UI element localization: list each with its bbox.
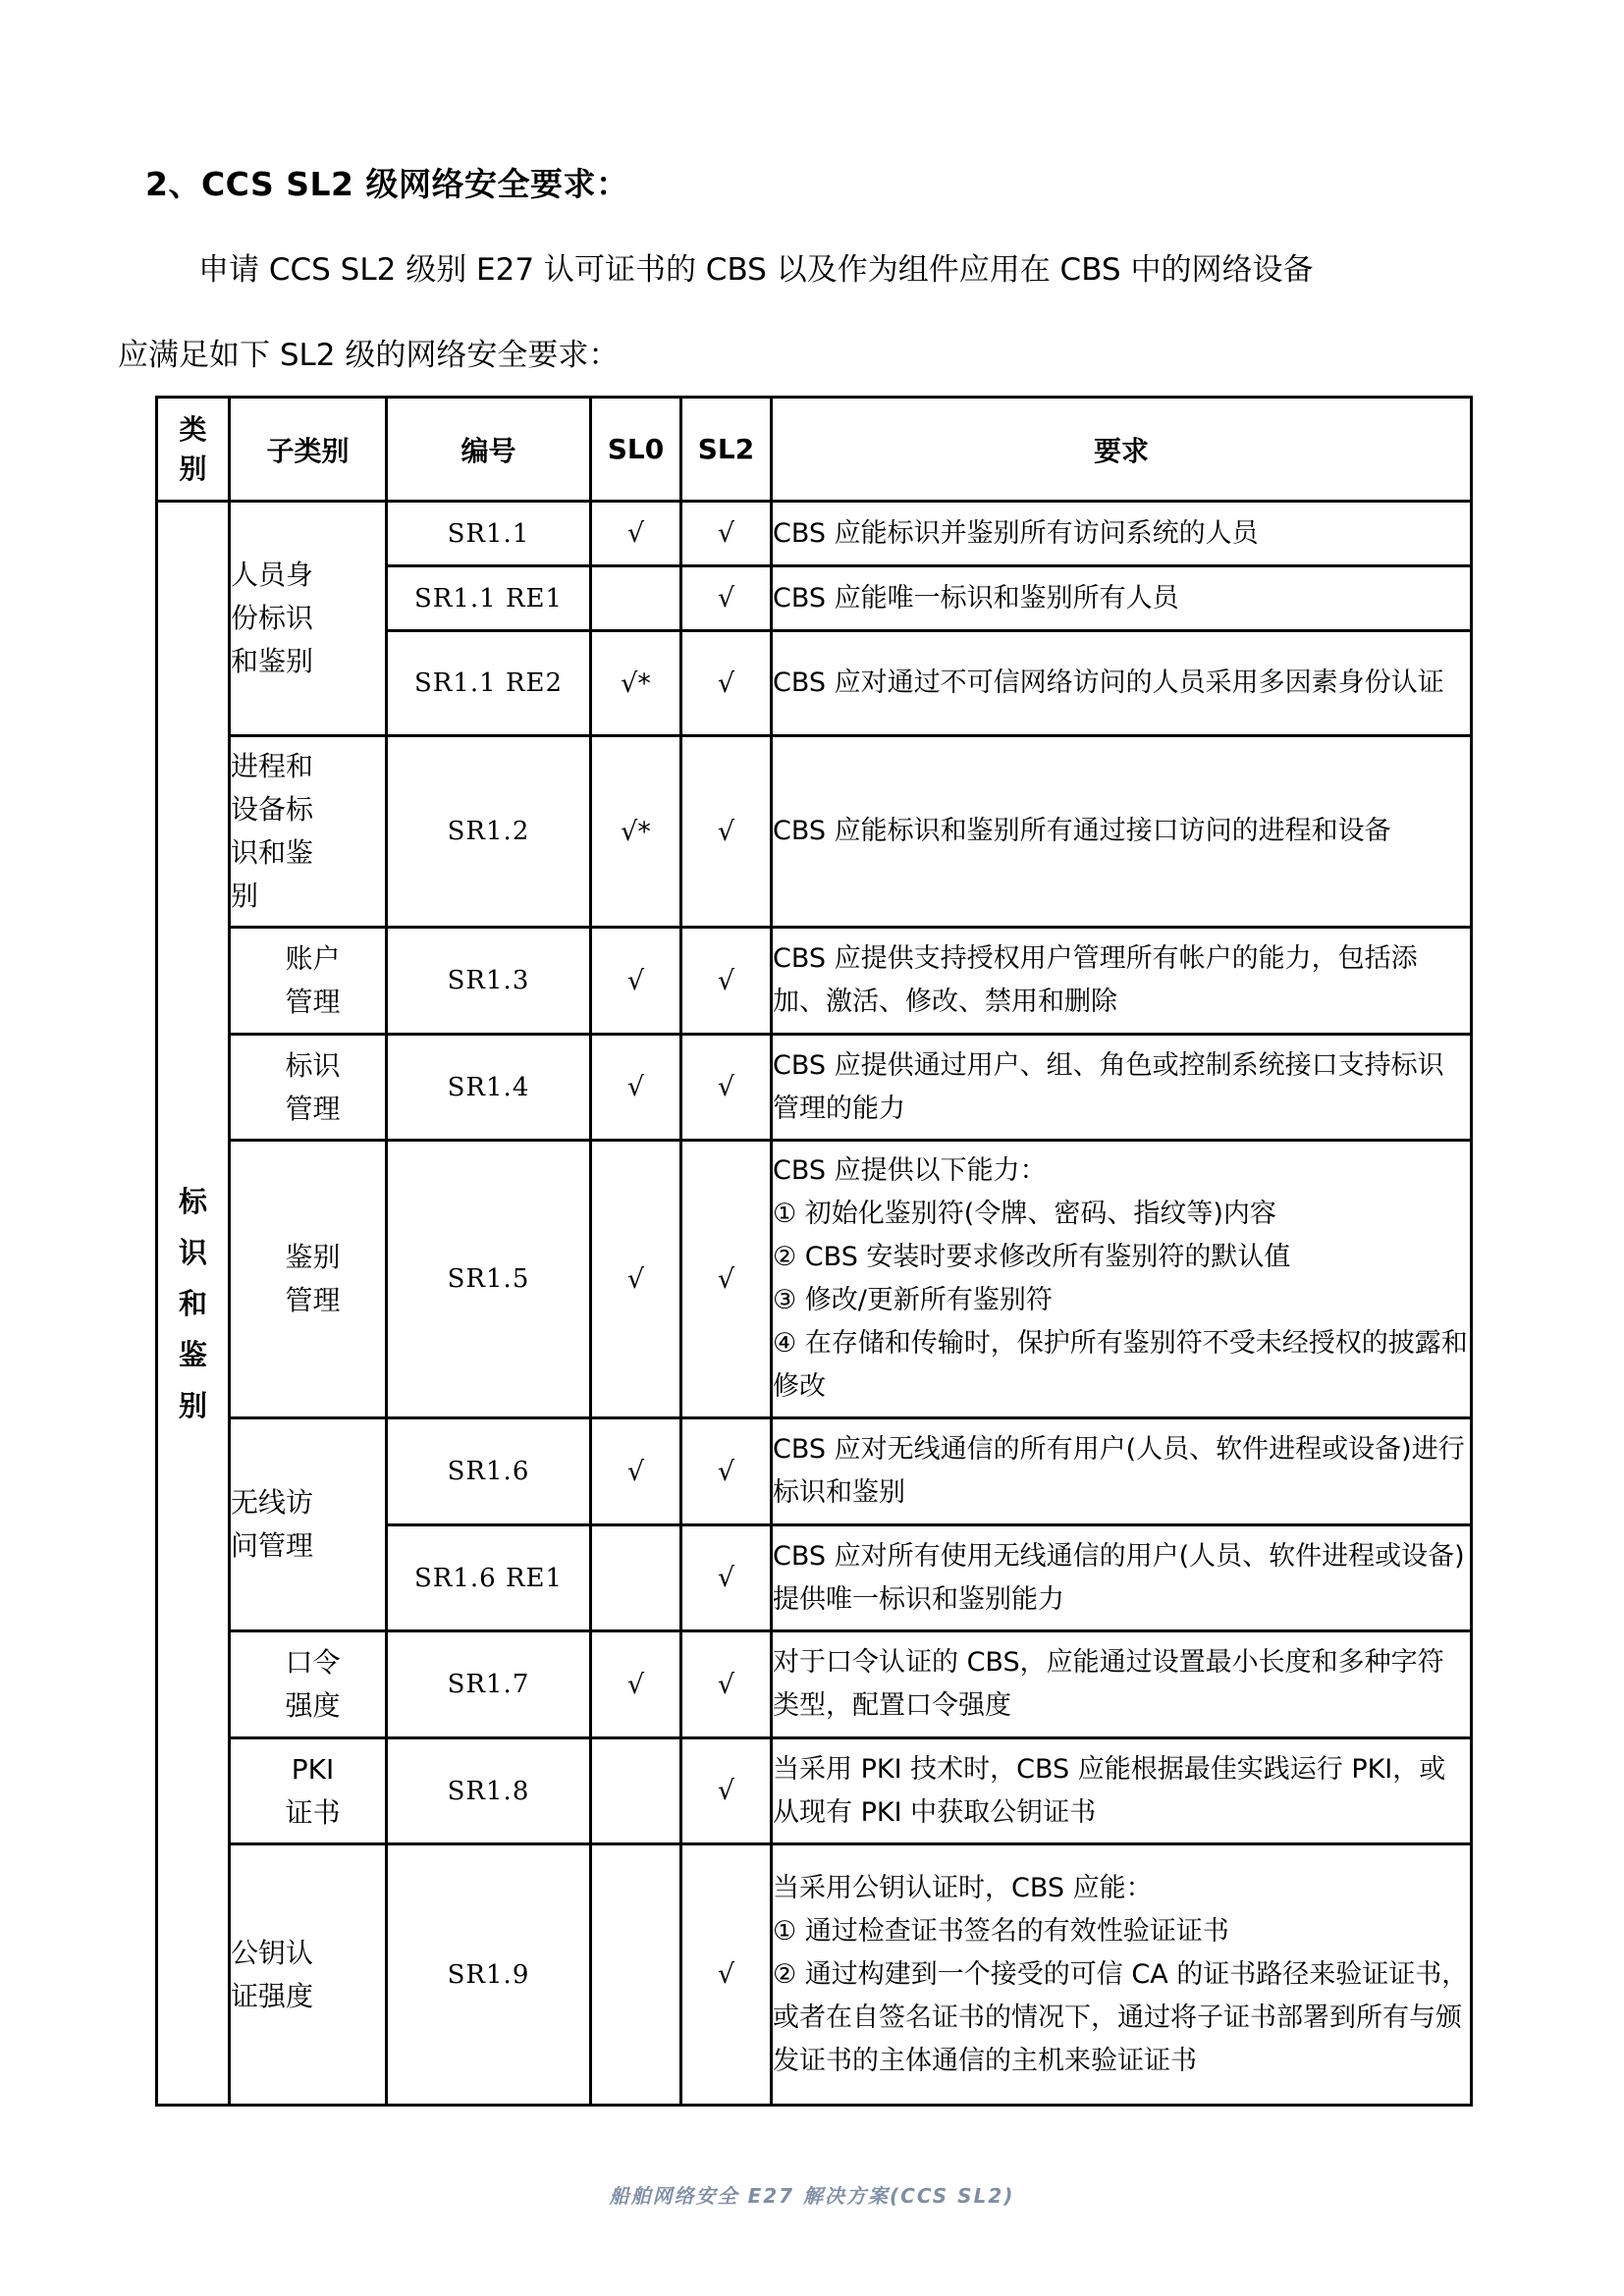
header-sl2: SL2 — [681, 398, 772, 502]
requirement-cell: CBS 应能标识和鉴别所有通过接口访问的进程和设备 — [772, 736, 1472, 928]
requirement-cell: 当采用公钥认证时，CBS 应能： ① 通过检查证书签名的有效性验证证书 ② 通过… — [772, 1844, 1472, 2106]
header-category: 类别 — [157, 398, 230, 502]
header-subcategory: 子类别 — [230, 398, 387, 502]
table-row: PKI证书 SR1.8 √ 当采用 PKI 技术时，CBS 应能根据最佳实践运行… — [157, 1738, 1472, 1844]
subcategory-cell: 标识管理 — [230, 1035, 387, 1141]
subcategory-label: 人员身份标识和鉴别 — [231, 559, 313, 677]
intro-paragraph-line-2: 应满足如下 SL2 级的网络安全要求： — [118, 336, 619, 375]
table-row: 账户管理 SR1.3 √ √ CBS 应提供支持授权用户管理所有帐户的能力，包括… — [157, 928, 1472, 1035]
requirement-cell: CBS 应提供以下能力： ① 初始化鉴别符(令牌、密码、指纹等)内容 ② CBS… — [772, 1141, 1472, 1418]
requirement-cell: CBS 应提供支持授权用户管理所有帐户的能力，包括添加、激活、修改、禁用和删除 — [772, 928, 1472, 1035]
sl2-cell: √ — [681, 631, 772, 736]
subcategory-cell: 无线访问管理 — [230, 1418, 387, 1631]
sl0-cell: √ — [591, 1141, 681, 1418]
sl0-cell — [591, 1738, 681, 1844]
code-cell: SR1.5 — [387, 1141, 591, 1418]
sl2-cell: √ — [681, 1738, 772, 1844]
table-row: 标识和鉴别 人员身份标识和鉴别 SR1.1 √ √ CBS 应能标识并鉴别所有访… — [157, 502, 1472, 566]
code-cell: SR1.8 — [387, 1738, 591, 1844]
subcategory-cell: 进程和设备标识和鉴别 — [230, 736, 387, 928]
table-header-row: 类别 子类别 编号 SL0 SL2 要求 — [157, 398, 1472, 502]
code-cell: SR1.3 — [387, 928, 591, 1035]
code-cell: SR1.1 — [387, 502, 591, 566]
subcategory-label: 标识管理 — [285, 1049, 340, 1125]
subcategory-cell: 账户管理 — [230, 928, 387, 1035]
subcategory-cell: PKI证书 — [230, 1738, 387, 1844]
code-cell: SR1.6 — [387, 1418, 591, 1525]
sl0-cell: √ — [591, 1418, 681, 1525]
subcategory-label: 鉴别管理 — [285, 1241, 340, 1316]
sl2-cell: √ — [681, 1525, 772, 1631]
subcategory-label: 无线访问管理 — [231, 1486, 313, 1562]
table-row: 标识管理 SR1.4 √ √ CBS 应提供通过用户、组、角色或控制系统接口支持… — [157, 1035, 1472, 1141]
sl2-cell: √ — [681, 736, 772, 928]
requirement-cell: CBS 应对通过不可信网络访问的人员采用多因素身份认证 — [772, 631, 1472, 736]
requirement-cell: CBS 应能唯一标识和鉴别所有人员 — [772, 566, 1472, 631]
code-cell: SR1.2 — [387, 736, 591, 928]
requirement-cell: CBS 应能标识并鉴别所有访问系统的人员 — [772, 502, 1472, 566]
subcategory-cell: 公钥认证强度 — [230, 1844, 387, 2106]
sl2-cell: √ — [681, 1844, 772, 2106]
code-cell: SR1.6 RE1 — [387, 1525, 591, 1631]
code-cell: SR1.7 — [387, 1631, 591, 1738]
requirement-cell: 当采用 PKI 技术时，CBS 应能根据最佳实践运行 PKI，或从现有 PKI … — [772, 1738, 1472, 1844]
sl2-cell: √ — [681, 1141, 772, 1418]
sl2-cell: √ — [681, 1631, 772, 1738]
sl0-cell — [591, 566, 681, 631]
sl0-cell — [591, 1525, 681, 1631]
sl2-cell: √ — [681, 1035, 772, 1141]
sl0-cell: √* — [591, 736, 681, 928]
sl0-cell — [591, 1844, 681, 2106]
code-cell: SR1.4 — [387, 1035, 591, 1141]
sl2-cell: √ — [681, 1418, 772, 1525]
requirement-cell: CBS 应提供通过用户、组、角色或控制系统接口支持标识管理的能力 — [772, 1035, 1472, 1141]
table-row: 鉴别管理 SR1.5 √ √ CBS 应提供以下能力： ① 初始化鉴别符(令牌、… — [157, 1141, 1472, 1418]
sl2-cell: √ — [681, 928, 772, 1035]
subcategory-label: PKI证书 — [285, 1753, 340, 1829]
requirements-table: 类别 子类别 编号 SL0 SL2 要求 标识和鉴别 人员身份标识和鉴别 SR1… — [155, 396, 1473, 2107]
table-row: 口令强度 SR1.7 √ √ 对于口令认证的 CBS，应能通过设置最小长度和多种… — [157, 1631, 1472, 1738]
intro-paragraph-line-1: 申请 CCS SL2 级别 E27 认可证书的 CBS 以及作为组件应用在 CB… — [198, 250, 1313, 290]
table-row: 进程和设备标识和鉴别 SR1.2 √* √ CBS 应能标识和鉴别所有通过接口访… — [157, 736, 1472, 928]
subcategory-cell: 口令强度 — [230, 1631, 387, 1738]
code-cell: SR1.9 — [387, 1844, 591, 2106]
requirement-cell: CBS 应对所有使用无线通信的用户(人员、软件进程或设备)提供唯一标识和鉴别能力 — [772, 1525, 1472, 1631]
requirement-cell: CBS 应对无线通信的所有用户(人员、软件进程或设备)进行标识和鉴别 — [772, 1418, 1472, 1525]
subcategory-cell: 鉴别管理 — [230, 1141, 387, 1418]
subcategory-label: 进程和设备标识和鉴别 — [231, 750, 313, 912]
code-cell: SR1.1 RE2 — [387, 631, 591, 736]
subcategory-label: 公钥认证强度 — [231, 1937, 313, 2012]
sl2-cell: √ — [681, 566, 772, 631]
header-requirement: 要求 — [772, 398, 1472, 502]
sl0-cell: √ — [591, 502, 681, 566]
subcategory-cell: 人员身份标识和鉴别 — [230, 502, 387, 736]
sl0-cell: √* — [591, 631, 681, 736]
category-label: 标识和鉴别 — [179, 1185, 207, 1422]
sl0-cell: √ — [591, 928, 681, 1035]
header-code: 编号 — [387, 398, 591, 502]
table-row: 无线访问管理 SR1.6 √ √ CBS 应对无线通信的所有用户(人员、软件进程… — [157, 1418, 1472, 1525]
table-row: 公钥认证强度 SR1.9 √ 当采用公钥认证时，CBS 应能： ① 通过检查证书… — [157, 1844, 1472, 2106]
category-cell: 标识和鉴别 — [157, 502, 230, 2106]
subcategory-label: 账户管理 — [285, 942, 340, 1018]
page-footer: 船舶网络安全 E27 解决方案(CCS SL2) — [0, 2180, 1624, 2209]
sl0-cell: √ — [591, 1035, 681, 1141]
code-cell: SR1.1 RE1 — [387, 566, 591, 631]
sl2-cell: √ — [681, 502, 772, 566]
header-sl0: SL0 — [591, 398, 681, 502]
sl0-cell: √ — [591, 1631, 681, 1738]
requirement-cell: 对于口令认证的 CBS，应能通过设置最小长度和多种字符类型，配置口令强度 — [772, 1631, 1472, 1738]
section-heading: 2、CCS SL2 级网络安全要求： — [145, 159, 629, 205]
subcategory-label: 口令强度 — [285, 1646, 340, 1722]
